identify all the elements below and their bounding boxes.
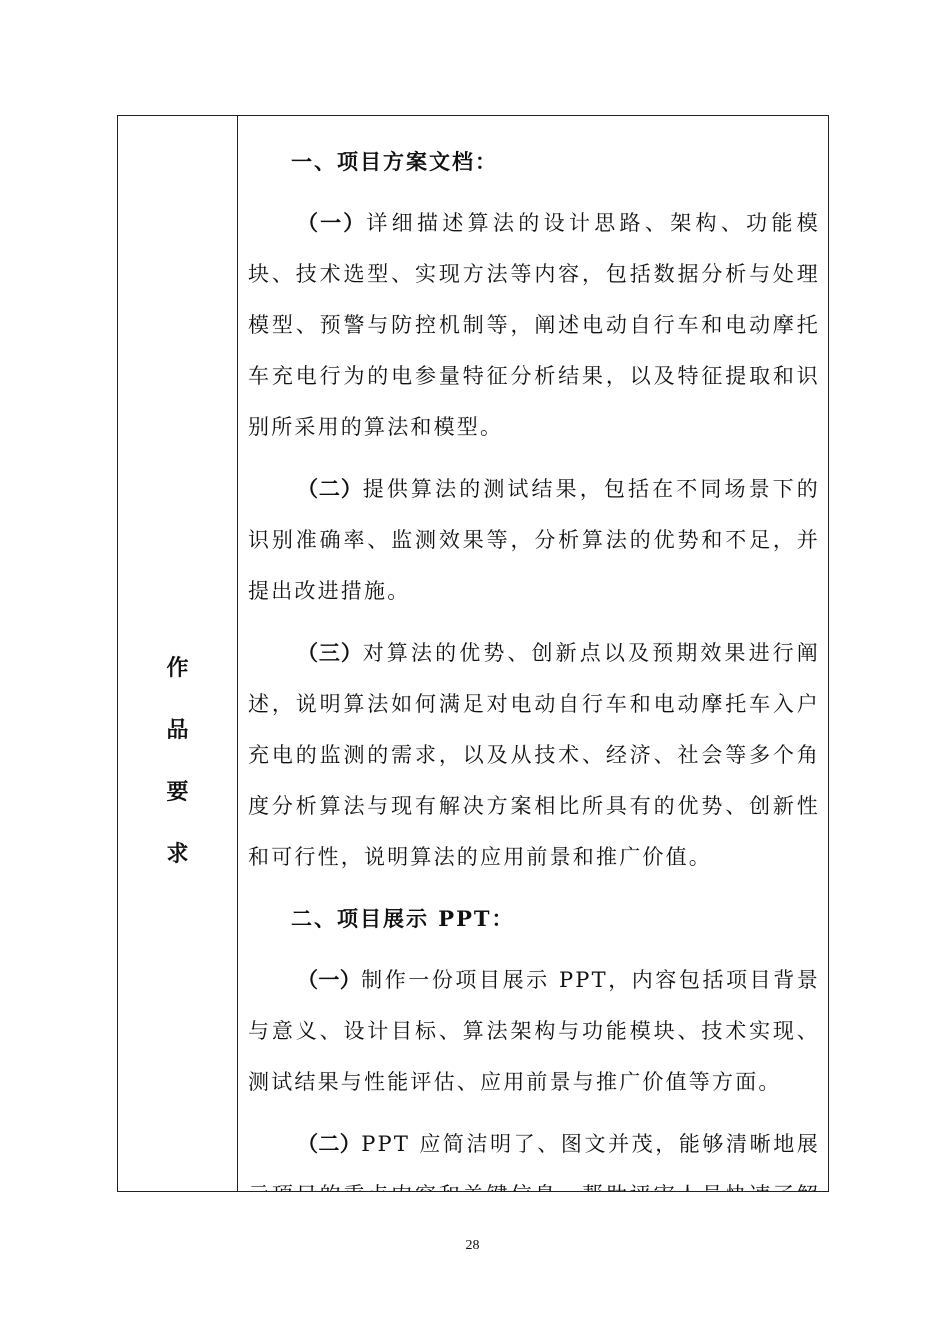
label-char: 求 xyxy=(118,842,237,904)
label-char: 要 xyxy=(118,780,237,842)
item-number: （三） xyxy=(297,640,363,665)
item-number: （一） xyxy=(297,967,361,992)
label-work-requirements: 作 品 要 求 xyxy=(118,656,237,904)
page-number: 28 xyxy=(0,1238,945,1254)
paragraph: （一）制作一份项目展示 PPT，内容包括项目背景与意义、设计目标、算法架构与功能… xyxy=(248,954,820,1108)
label-char: 品 xyxy=(118,718,237,780)
item-number: （一） xyxy=(297,210,366,235)
item-number: （二） xyxy=(297,476,363,501)
item-text: 详细描述算法的设计思路、架构、功能模块、技术选型、实现方法等内容，包括数据分析与… xyxy=(248,211,820,439)
label-column: 作 品 要 求 xyxy=(118,116,238,1191)
content-column: 一、项目方案文档： （一）详细描述算法的设计思路、架构、功能模块、技术选型、实现… xyxy=(238,116,828,1191)
paragraph: （三）对算法的优势、创新点以及预期效果进行阐述，说明算法如何满足对电动自行车和电… xyxy=(248,627,820,883)
item-text: 对算法的优势、创新点以及预期效果进行阐述，说明算法如何满足对电动自行车和电动摩托… xyxy=(248,641,820,869)
label-char: 作 xyxy=(118,656,237,718)
paragraph: （二）PPT 应简洁明了、图文并茂，能够清晰地展示项目的重点内容和关键信息，帮助… xyxy=(248,1118,820,1191)
paragraph: （一）详细描述算法的设计思路、架构、功能模块、技术选型、实现方法等内容，包括数据… xyxy=(248,197,820,453)
section-heading-project-ppt: 二、项目展示 PPT： xyxy=(248,893,820,944)
item-number: （二） xyxy=(297,1131,361,1156)
section-heading-project-document: 一、项目方案文档： xyxy=(248,136,820,187)
requirements-table: 作 品 要 求 一、项目方案文档： （一）详细描述算法的设计思路、架构、功能模块… xyxy=(117,115,829,1192)
paragraph: （二）提供算法的测试结果，包括在不同场景下的识别准确率、监测效果等，分析算法的优… xyxy=(248,463,820,617)
